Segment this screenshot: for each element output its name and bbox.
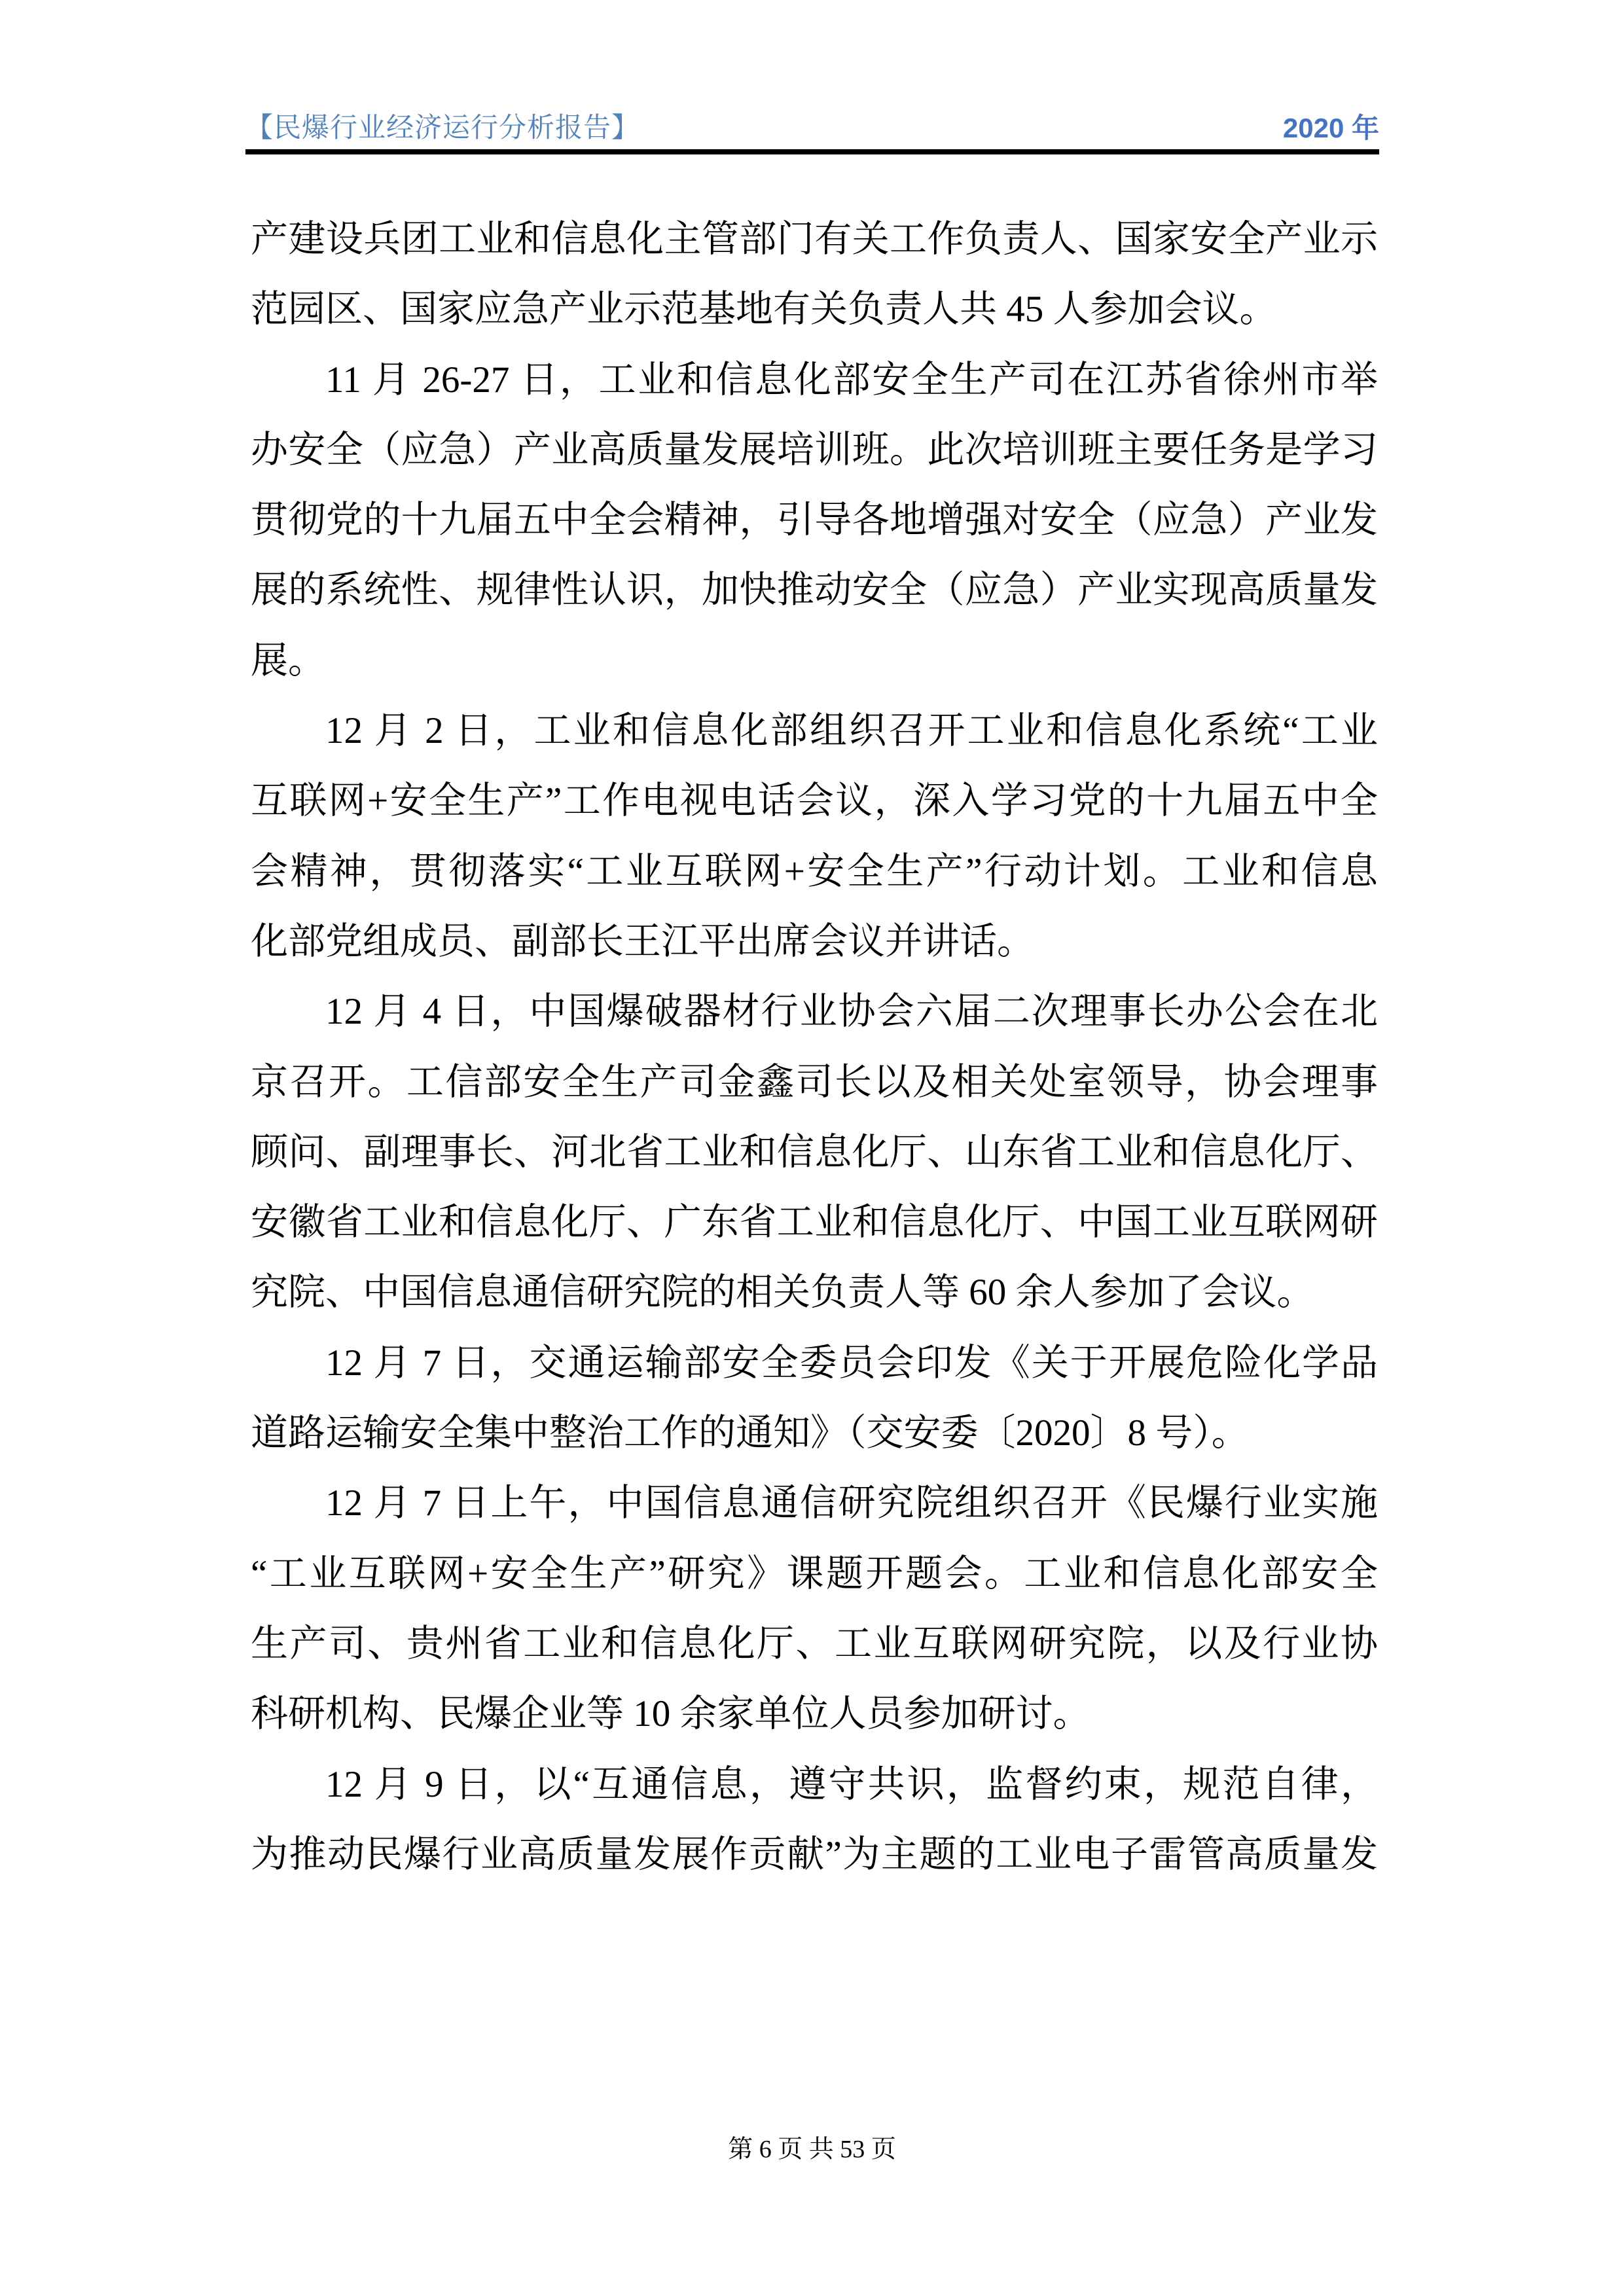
text-line: 安徽省工业和信息化厅、广东省工业和信息化厅、中国工业互联网研 bbox=[251, 1187, 1378, 1257]
text-line: 12 月 7 日上午，中国信息通信研究院组织召开《民爆行业实施 bbox=[251, 1468, 1378, 1538]
text-line: 贯彻党的十九届五中全会精神，引导各地增强对安全（应急）产业发 bbox=[251, 485, 1378, 555]
header-year: 2020 年 bbox=[1283, 109, 1379, 148]
page-footer: 第 6 页 共 53 页 bbox=[0, 2132, 1624, 2166]
text-line: 展的系统性、规律性认识，加快推动安全（应急）产业实现高质量发 bbox=[251, 555, 1378, 625]
text-line: 12 月 9 日，以“互通信息，遵守共识，监督约束，规范自律， bbox=[251, 1749, 1378, 1820]
text-line: 范园区、国家应急产业示范基地有关负责人共 45 人参加会议。 bbox=[251, 274, 1378, 344]
text-line: 为推动民爆行业高质量发展作贡献”为主题的工业电子雷管高质量发 bbox=[251, 1820, 1378, 1890]
text-line: 互联网+安全生产”工作电视电话会议，深入学习党的十九届五中全 bbox=[251, 766, 1378, 836]
page-header: 【民爆行业经济运行分析报告】 2020 年 bbox=[245, 105, 1379, 148]
text-line: 化部党组成员、副部长王江平出席会议并讲话。 bbox=[251, 906, 1378, 977]
text-line: 12 月 2 日，工业和信息化部组织召开工业和信息化系统“工业 bbox=[251, 696, 1378, 766]
text-line: 会精神，贯彻落实“工业互联网+安全生产”行动计划。工业和信息 bbox=[251, 836, 1378, 906]
header-rule bbox=[245, 149, 1379, 154]
text-line: “工业互联网+安全生产”研究》课题开题会。工业和信息化部安全 bbox=[251, 1539, 1378, 1609]
text-line: 道路运输安全集中整治工作的通知》（交安委〔2020〕8 号）。 bbox=[251, 1398, 1378, 1468]
text-line: 12 月 4 日，中国爆破器材行业协会六届二次理事长办公会在北 bbox=[251, 977, 1378, 1047]
text-line: 京召开。工信部安全生产司金鑫司长以及相关处室领导，协会理事长、 bbox=[251, 1047, 1378, 1117]
document-body: 产建设兵团工业和信息化主管部门有关工作负责人、国家安全产业示范园区、国家应急产业… bbox=[251, 204, 1378, 1890]
text-line: 11 月 26-27 日，工业和信息化部安全生产司在江苏省徐州市举 bbox=[251, 345, 1378, 415]
text-line: 究院、中国信息通信研究院的相关负责人等 60 余人参加了会议。 bbox=[251, 1257, 1378, 1327]
text-line: 展。 bbox=[251, 626, 1378, 696]
text-line: 12 月 7 日，交通运输部安全委员会印发《关于开展危险化学品 bbox=[251, 1328, 1378, 1398]
text-line: 生产司、贵州省工业和信息化厅、工业互联网研究院，以及行业协会、 bbox=[251, 1609, 1378, 1679]
header-title: 【民爆行业经济运行分析报告】 bbox=[245, 109, 640, 148]
text-line: 办安全（应急）产业高质量发展培训班。此次培训班主要任务是学习 bbox=[251, 415, 1378, 485]
report-page: 【民爆行业经济运行分析报告】 2020 年 产建设兵团工业和信息化主管部门有关工… bbox=[0, 0, 1624, 2296]
page-number: 第 6 页 共 53 页 bbox=[728, 2136, 896, 2163]
text-line: 科研机构、民爆企业等 10 余家单位人员参加研讨。 bbox=[251, 1679, 1378, 1749]
text-line: 顾问、副理事长、河北省工业和信息化厅、山东省工业和信息化厅、 bbox=[251, 1117, 1378, 1187]
text-line: 产建设兵团工业和信息化主管部门有关工作负责人、国家安全产业示 bbox=[251, 204, 1378, 274]
